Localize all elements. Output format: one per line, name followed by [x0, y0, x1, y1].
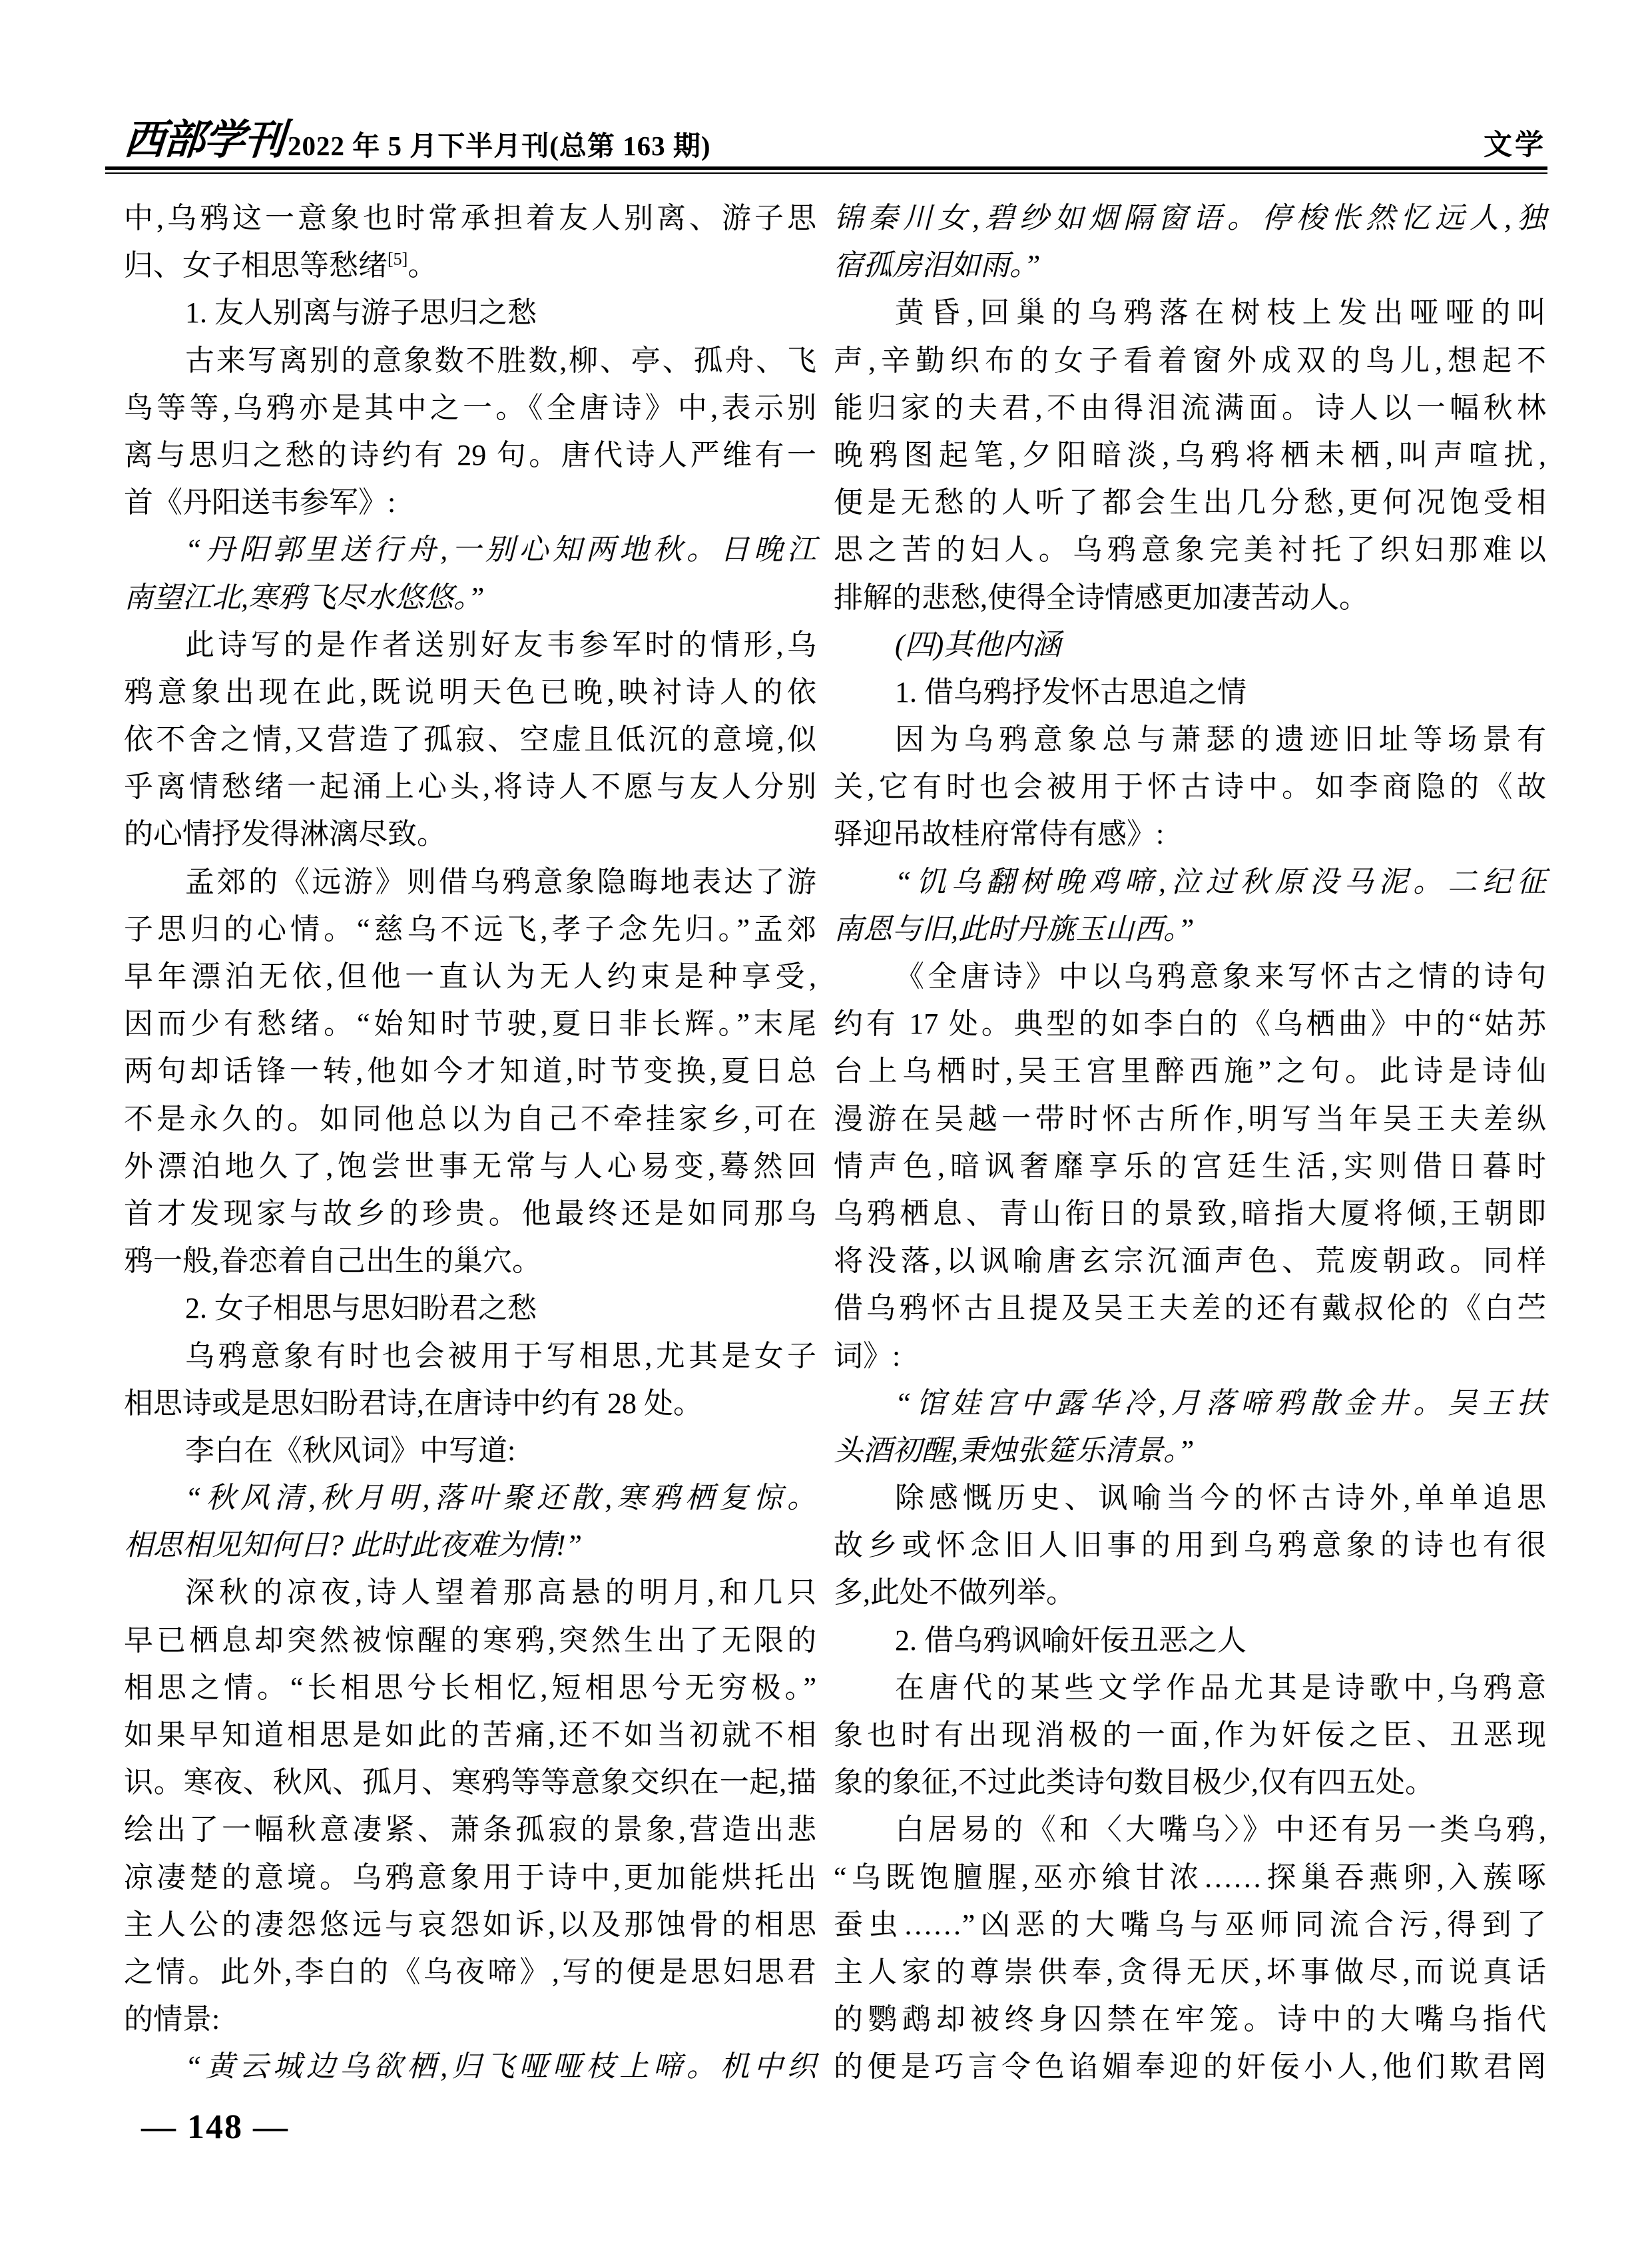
text-line: 李白在《秋风词》中写道:: [124, 1427, 816, 1474]
poem-quote-line: “秋风清,秋月明,落叶聚还散,寒鸦栖复惊。: [124, 1474, 816, 1522]
text-line: 凉凄楚的意境。乌鸦意象用于诗中,更加能烘托出: [124, 1854, 816, 1901]
text-line: 的情景:: [124, 1996, 816, 2043]
text-line: 将没落,以讽喻唐玄宗沉湎声色、荒废朝政。同样: [834, 1237, 1546, 1284]
text-line: 乌鸦意象有时也会被用于写相思,尤其是女子: [124, 1332, 816, 1380]
issue-info: 2022 年 5 月下半月刊(总第 163 期): [288, 131, 711, 161]
article-body: 中,乌鸦这一意象也时常承担着友人别离、游子思归、女子相思等愁绪[5]。1. 友人…: [124, 194, 1546, 2091]
text-line: 此诗写的是作者送别好友韦参军时的情形,乌: [124, 621, 816, 669]
text-line: 孟郊的《远游》则借乌鸦意象隐晦地表达了游: [124, 858, 816, 906]
header-left: 西部学刊 2022 年 5 月下半月刊(总第 163 期): [124, 120, 711, 161]
text-line: 相思诗或是思妇盼君诗,在唐诗中约有 28 处。: [124, 1380, 816, 1427]
footnote-ref: [5]: [388, 250, 408, 269]
poem-quote-line: 头酒初醒,秉烛张筵乐清景。”: [834, 1427, 1546, 1474]
section-heading: 1. 友人别离与游子思归之愁: [124, 289, 816, 336]
text-line: 的心情抒发得淋漓尽致。: [124, 810, 816, 858]
poem-quote-line: 南望江北,寒鸦飞尽水悠悠。”: [124, 574, 816, 621]
text-line: 约有 17 处。典型的如李白的《乌栖曲》中的“姑苏: [834, 1000, 1546, 1047]
section-heading: 2. 借乌鸦讽喻奸佞丑恶之人: [834, 1617, 1546, 1664]
text-line: 中,乌鸦这一意象也时常承担着友人别离、游子思: [124, 194, 816, 242]
text-line: 漫游在吴越一带时怀古所作,明写当年吴王夫差纵: [834, 1095, 1546, 1143]
journal-logo: 西部学刊: [123, 120, 285, 161]
text-line: 白居易的《和〈大嘴乌〉》中还有另一类乌鸦,: [834, 1806, 1546, 1853]
text-line: “乌既饱膻腥,巫亦飨甘浓……探巢吞燕卵,入蔟啄: [834, 1854, 1546, 1901]
text-line: 蚕虫……”凶恶的大嘴乌与巫师同流合污,得到了: [834, 1901, 1546, 1948]
text-line: 不是永久的。如同他总以为自己不牵挂家乡,可在: [124, 1095, 816, 1143]
section-heading: 2. 女子相思与思妇盼君之愁: [124, 1284, 816, 1332]
section-label: 文学: [1484, 130, 1546, 161]
text-line: 晚鸦图起笔,夕阳暗淡,乌鸦将栖未栖,叫声喧扰,: [834, 431, 1546, 479]
text-line: 首《丹阳送韦参军》:: [124, 479, 816, 526]
text-line: 鸦意象出现在此,既说明天色已晚,映衬诗人的依: [124, 669, 816, 716]
journal-page: 西部学刊 2022 年 5 月下半月刊(总第 163 期) 文学 中,乌鸦这一意…: [0, 0, 1652, 2242]
text-line: 的便是巧言令色谄媚奉迎的奸佞小人,他们欺君罔: [834, 2043, 1546, 2090]
text-line: 借乌鸦怀古且提及吴王夫差的还有戴叔伦的《白苎: [834, 1284, 1546, 1332]
text-line: 思之苦的妇人。乌鸦意象完美衬托了织妇那难以: [834, 526, 1546, 573]
text-line: 子思归的心情。“慈乌不远飞,孝子念先归。”孟郊: [124, 906, 816, 953]
text-line: 象也时有出现消极的一面,作为奸佞之臣、丑恶现: [834, 1711, 1546, 1759]
right-column: 锦秦川女,碧纱如烟隔窗语。停梭怅然忆远人,独宿孤房泪如雨。”黄昏,回巢的乌鸦落在…: [834, 194, 1546, 2091]
page-header: 西部学刊 2022 年 5 月下半月刊(总第 163 期) 文学: [124, 112, 1546, 161]
text-line: 归、女子相思等愁绪[5]。: [124, 242, 816, 289]
text-line: 外漂泊地久了,饱尝世事无常与人心易变,蓦然回: [124, 1143, 816, 1190]
page-number: — 148 —: [141, 2108, 289, 2146]
poem-quote-line: 宿孤房泪如雨。”: [834, 242, 1546, 289]
page-footer: — 148 —: [141, 2107, 289, 2147]
text-line: 情声色,暗讽奢靡享乐的宫廷生活,实则借日暮时: [834, 1143, 1546, 1190]
text-line: 绘出了一幅秋意凄紧、萧条孤寂的景象,营造出悲: [124, 1806, 816, 1853]
text-line: 关,它有时也会被用于怀古诗中。如李商隐的《故: [834, 763, 1546, 810]
text-line: 台上乌栖时,吴王宫里醉西施”之句。此诗是诗仙: [834, 1047, 1546, 1095]
text-line: 首才发现家与故乡的珍贵。他最终还是如同那乌: [124, 1190, 816, 1237]
text-line: 的鹦鹉却被终身囚禁在牢笼。诗中的大嘴乌指代: [834, 1996, 1546, 2043]
text-line: 因而少有愁绪。“始知时节驶,夏日非长辉。”末尾: [124, 1000, 816, 1047]
text-line: 声,辛勤织布的女子看着窗外成双的鸟儿,想起不: [834, 337, 1546, 384]
text-line: 依不舍之情,又营造了孤寂、空虚且低沉的意境,似: [124, 716, 816, 763]
text-line: 象的象征,不过此类诗句数目极少,仅有四五处。: [834, 1759, 1546, 1806]
text-line: 主人家的尊崇供奉,贪得无厌,坏事做尽,而说真话: [834, 1948, 1546, 1996]
text-line: 驿迎吊故桂府常侍有感》:: [834, 810, 1546, 858]
poem-quote-line: 锦秦川女,碧纱如烟隔窗语。停梭怅然忆远人,独: [834, 194, 1546, 242]
poem-quote-line: “饥乌翻树晚鸡啼,泣过秋原没马泥。二纪征: [834, 858, 1546, 906]
text-line: 排解的悲愁,使得全诗情感更加凄苦动人。: [834, 574, 1546, 621]
text-line: 除感慨历史、讽喻当今的怀古诗外,单单追思: [834, 1474, 1546, 1522]
left-column: 中,乌鸦这一意象也时常承担着友人别离、游子思归、女子相思等愁绪[5]。1. 友人…: [124, 194, 816, 2091]
text-line: 如果早知道相思是如此的苦痛,还不如当初就不相: [124, 1711, 816, 1759]
text-line: 离与思归之愁的诗约有 29 句。唐代诗人严维有一: [124, 431, 816, 479]
poem-quote-line: “馆娃宫中露华冷,月落啼鸦散金井。吴王扶: [834, 1380, 1546, 1427]
text-line: 鸦一般,眷恋着自己出生的巢穴。: [124, 1237, 816, 1284]
text-line: 因为乌鸦意象总与萧瑟的遗迹旧址等场景有: [834, 716, 1546, 763]
text-line: 词》:: [834, 1332, 1546, 1380]
text-line: 能归家的夫君,不由得泪流满面。诗人以一幅秋林: [834, 384, 1546, 431]
poem-quote-line: 相思相见知何日? 此时此夜难为情!”: [124, 1522, 816, 1569]
text-line: 便是无愁的人听了都会生出几分愁,更何况饱受相: [834, 479, 1546, 526]
text-line: 深秋的凉夜,诗人望着那高悬的明月,和几只: [124, 1569, 816, 1616]
text-line: 早已栖息却突然被惊醒的寒鸦,突然生出了无限的: [124, 1617, 816, 1664]
text-line: 主人公的凄怨悠远与哀怨如诉,以及那蚀骨的相思: [124, 1901, 816, 1948]
text-line: 在唐代的某些文学作品尤其是诗歌中,乌鸦意: [834, 1664, 1546, 1711]
text-line: 《全唐诗》中以乌鸦意象来写怀古之情的诗句: [834, 953, 1546, 1000]
text-line: 古来写离别的意象数不胜数,柳、亭、孤舟、飞: [124, 337, 816, 384]
text-line: 相思之情。“长相思兮长相忆,短相思兮无穷极。”: [124, 1664, 816, 1711]
text-line: 乎离情愁绪一起涌上心头,将诗人不愿与友人分别: [124, 763, 816, 810]
text-line: 早年漂泊无依,但他一直认为无人约束是种享受,: [124, 953, 816, 1000]
text-line: 识。寒夜、秋风、孤月、寒鸦等等意象交织在一起,描: [124, 1759, 816, 1806]
poem-quote-line: “丹阳郭里送行舟,一别心知两地秋。日晚江: [124, 526, 816, 573]
text-line: 多,此处不做列举。: [834, 1569, 1546, 1616]
text-line: 之情。此外,李白的《乌夜啼》,写的便是思妇思君: [124, 1948, 816, 1996]
text-line: 乌鸦栖息、青山衔日的景致,暗指大厦将倾,王朝即: [834, 1190, 1546, 1237]
text-line: 两句却话锋一转,他如今才知道,时节变换,夏日总: [124, 1047, 816, 1095]
poem-quote-line: “黄云城边乌欲栖,归飞哑哑枝上啼。机中织: [124, 2043, 816, 2090]
poem-quote-line: 南恩与旧,此时丹旐玉山西。”: [834, 906, 1546, 953]
text-line: 黄昏,回巢的乌鸦落在树枝上发出哑哑的叫: [834, 289, 1546, 336]
header-divider: [105, 166, 1547, 174]
text-line: 鸟等等,乌鸦亦是其中之一。《全唐诗》中,表示别: [124, 384, 816, 431]
section-heading: (四)其他内涵: [834, 621, 1546, 669]
text-line: 故乡或怀念旧人旧事的用到乌鸦意象的诗也有很: [834, 1522, 1546, 1569]
section-heading: 1. 借乌鸦抒发怀古思追之情: [834, 669, 1546, 716]
